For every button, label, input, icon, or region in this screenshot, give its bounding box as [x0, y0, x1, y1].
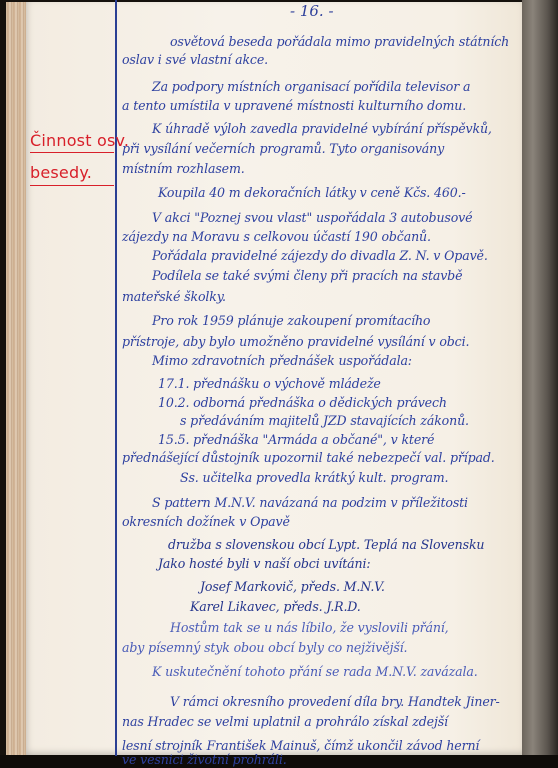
handwritten-line: přednášející důstojník upozornil také ne… — [122, 450, 495, 465]
handwritten-line: oslav i své vlastní akce. — [122, 52, 268, 67]
handwritten-line: družba s slovenskou obcí Lypt. Teplá na … — [168, 537, 484, 552]
binding-shadow — [522, 0, 558, 768]
handwritten-line: K úhradě výloh zavedla pravidelné vybírá… — [152, 121, 492, 136]
handwritten-line: místním rozhlasem. — [122, 161, 245, 176]
handwritten-line: 15.5. přednáška "Armáda a občané", v kte… — [158, 432, 434, 447]
handwritten-line: 17.1. přednášku o výchově mládeže — [158, 376, 381, 391]
handwritten-line: lesní strojník František Mainuš, čímž uk… — [122, 738, 479, 753]
handwritten-line: 10.2. odborná přednáška o dědických práv… — [158, 395, 447, 410]
handwritten-line: Koupila 40 m dekoračních látky v ceně Kč… — [158, 185, 466, 200]
margin-heading-line2: besedy. — [30, 163, 92, 182]
margin-heading-line1: Činnost osv. — [30, 131, 129, 150]
page-number: - 16. - — [290, 2, 334, 20]
handwritten-line: aby písemný styk obou obcí byly co nejži… — [122, 640, 407, 655]
handwritten-line: přístroje, aby bylo umožněno pravidelné … — [122, 334, 469, 349]
handwritten-line: V akci "Poznej svou vlast" uspořádala 3 … — [152, 210, 472, 225]
handwritten-line: Ss. učitelka provedla krátký kult. progr… — [180, 470, 448, 485]
handwritten-line: zájezdy na Moravu s celkovou účastí 190 … — [122, 229, 431, 244]
margin-heading-underline — [30, 152, 114, 153]
margin-rule — [115, 0, 117, 756]
handwritten-line: s předáváním majitelů JZD stavajících zá… — [180, 413, 469, 428]
handwritten-line: Pořádala pravidelné zájezdy do divadla Z… — [152, 248, 488, 263]
handwritten-line: okresních dožínek v Opavě — [122, 514, 290, 529]
handwritten-line: V rámci okresního provedení díla bry. Ha… — [170, 694, 500, 709]
handwritten-line: Hostům tak se u nás líbilo, že vyslovili… — [170, 620, 449, 635]
margin-heading-underline — [30, 185, 114, 186]
handwritten-line: K uskutečnění tohoto přání se rada M.N.V… — [152, 664, 478, 679]
handwritten-line: při vysílání večerních programů. Tyto or… — [122, 141, 444, 156]
handwritten-line: mateřské školky. — [122, 289, 226, 304]
handwritten-line: Jako hosté byli v naší obci uvítáni: — [158, 556, 370, 571]
handwritten-line: S pattern M.N.V. navázaná na podzim v př… — [152, 495, 468, 510]
handwritten-line: Josef Markovič, předs. M.N.V. — [200, 579, 385, 594]
handwritten-line: Mimo zdravotních přednášek uspořádala: — [152, 353, 412, 368]
handwritten-line: Za podpory místních organisací pořídila … — [152, 79, 470, 94]
handwritten-line: nas Hradec se velmi uplatnil a prohrálo … — [122, 714, 448, 729]
handwritten-line: Karel Likavec, předs. J.R.D. — [190, 599, 361, 614]
handwritten-line: osvětová beseda pořádala mimo pravidelný… — [170, 34, 509, 49]
handwritten-line: ve vesnici životní prohráli. — [122, 752, 287, 767]
handwritten-line: a tento umístila v upravené místnosti ku… — [122, 98, 466, 113]
handwritten-line: Pro rok 1959 plánuje zakoupení promítací… — [152, 313, 430, 328]
handwritten-line: Podílela se také svými členy při pracích… — [152, 268, 462, 283]
